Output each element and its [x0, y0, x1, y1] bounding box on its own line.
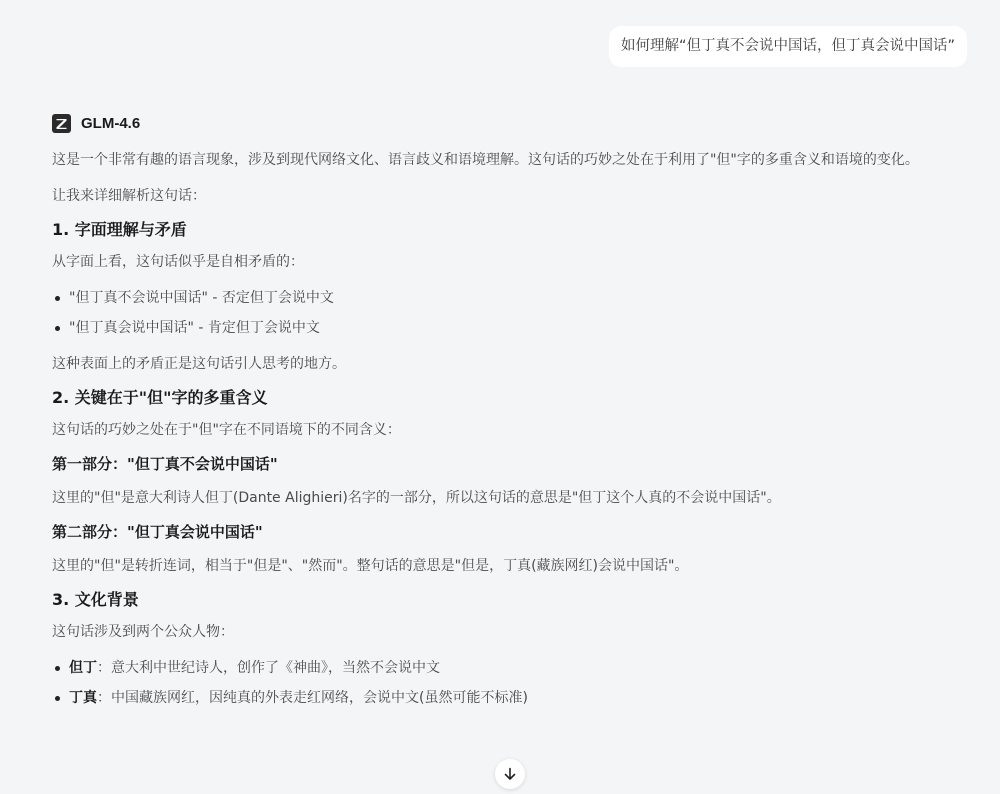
subsection-text: 这里的"但"是转折连词，相当于"但是"、"然而"。整句话的意思是"但是，丁真(藏… [52, 553, 972, 579]
section-heading: 3. 文化背景 [52, 587, 972, 613]
subsection-heading: 第二部分："但丁真会说中国话" [52, 519, 972, 545]
section-text: 这句话涉及到两个公众人物： [52, 619, 972, 645]
people-list: 但丁：意大利中世纪诗人，创作了《神曲》，当然不会说中文 丁真：中国藏族网红，因纯… [52, 653, 972, 713]
section-heading: 1. 字面理解与矛盾 [52, 217, 972, 243]
scroll-to-bottom-button[interactable] [495, 759, 525, 789]
person-desc: ：中国藏族网红，因纯真的外表走红网络，会说中文(虽然可能不标准) [97, 690, 528, 706]
model-name: GLM-4.6 [81, 115, 140, 132]
lead-paragraph: 让我来详细解析这句话： [52, 183, 972, 209]
list-item: "但丁真会说中国话" - 肯定但丁会说中文 [52, 313, 972, 343]
model-header: GLM-4.6 [52, 111, 972, 135]
user-message-bubble: 如何理解“但丁真不会说中国话，但丁真会说中国话” [609, 26, 967, 67]
arrow-down-icon [503, 767, 517, 781]
list-item: "但丁真不会说中国话" - 否定但丁会说中文 [52, 283, 972, 313]
person-name: 但丁 [69, 660, 97, 676]
zhipu-z-logo-icon [52, 114, 71, 133]
section-meaning: 2. 关键在于"但"字的多重含义 这句话的巧妙之处在于"但"字在不同语境下的不同… [52, 385, 972, 579]
section-text: 从字面上看，这句话似乎是自相矛盾的： [52, 249, 972, 275]
intro-paragraph: 这是一个非常有趣的语言现象，涉及到现代网络文化、语言歧义和语境理解。这句话的巧妙… [52, 147, 972, 173]
section-text: 这种表面上的矛盾正是这句话引人思考的地方。 [52, 351, 972, 377]
section-culture: 3. 文化背景 这句话涉及到两个公众人物： 但丁：意大利中世纪诗人，创作了《神曲… [52, 587, 972, 713]
subsection-text: 这里的"但"是意大利诗人但丁(Dante Alighieri)名字的一部分，所以… [52, 485, 972, 511]
user-message-text: 如何理解“但丁真不会说中国话，但丁真会说中国话” [621, 38, 955, 54]
subsection-heading: 第一部分："但丁真不会说中国话" [52, 451, 972, 477]
bullet-list: "但丁真不会说中国话" - 否定但丁会说中文 "但丁真会说中国话" - 肯定但丁… [52, 283, 972, 343]
list-item: 丁真：中国藏族网红，因纯真的外表走红网络，会说中文(虽然可能不标准) [52, 683, 972, 713]
section-literal: 1. 字面理解与矛盾 从字面上看，这句话似乎是自相矛盾的： "但丁真不会说中国话… [52, 217, 972, 377]
section-heading: 2. 关键在于"但"字的多重含义 [52, 385, 972, 411]
list-item: 但丁：意大利中世纪诗人，创作了《神曲》，当然不会说中文 [52, 653, 972, 683]
person-name: 丁真 [69, 690, 97, 706]
person-desc: ：意大利中世纪诗人，创作了《神曲》，当然不会说中文 [97, 660, 440, 676]
assistant-message: GLM-4.6 这是一个非常有趣的语言现象，涉及到现代网络文化、语言歧义和语境理… [52, 111, 972, 721]
chat-page: 如何理解“但丁真不会说中国话，但丁真会说中国话” GLM-4.6 这是一个非常有… [0, 0, 1000, 794]
section-text: 这句话的巧妙之处在于"但"字在不同语境下的不同含义： [52, 417, 972, 443]
